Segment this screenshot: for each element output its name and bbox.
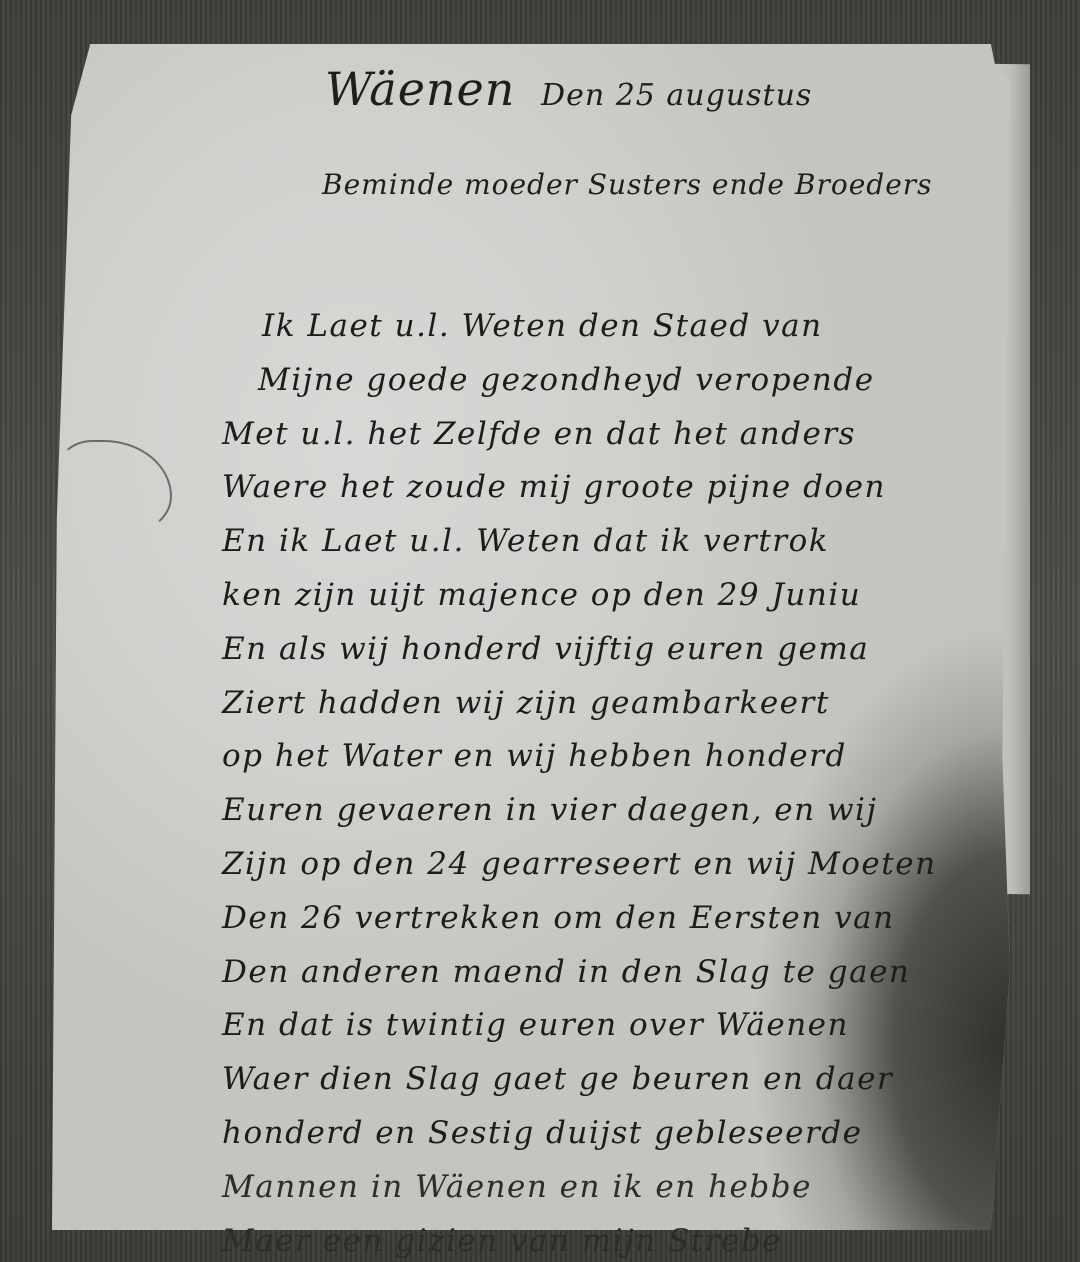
body-line: Waere het zoude mij groote pijne doen [222,461,992,515]
body-line: Ziert hadden wij zijn geambarkeert [222,677,992,731]
body-line: Den anderen maend in den Slag te gaen [222,946,992,1000]
body-line: ken zijn uijt majence op den 29 Juniu [222,569,992,623]
body-line: Waer dien Slag gaet ge beuren en daer [222,1053,992,1107]
body-line: En ik Laet u.l. Weten dat ik vertrok [222,515,992,569]
letter-body: Ik Laet u.l. Weten den Staed van Mijne g… [222,300,992,1262]
body-line: honderd en Sestig duijst gebleseerde [222,1107,992,1161]
body-line: Mannen in Wäenen en ik en hebbe [222,1161,992,1215]
heading-date: Den 25 augustus [541,78,812,113]
body-line: Mijne goede gezondheyd veropende [222,354,992,408]
body-line: En als wij honderd vijftig euren gema [222,623,992,677]
body-line: En dat is twintig euren over Wäenen [222,999,992,1053]
body-line: Met u.l. het Zelfde en dat het anders [222,408,992,462]
body-line: op het Water en wij hebben honderd [222,730,992,784]
body-line: Den 26 vertrekken om den Eersten van [222,892,992,946]
body-line: Euren gevaeren in vier daegen, en wij [222,784,992,838]
body-line: Ik Laet u.l. Weten den Staed van [222,300,992,354]
heading-place: Wäenen [325,62,515,116]
letter-heading: Wäenen Den 25 augustus [325,62,812,116]
body-line: Maer een gizien van mijn Strebe [222,1215,992,1262]
body-line: Zijn op den 24 gearreseert en wij Moeten [222,838,992,892]
letter-salutation: Beminde moeder Susters ende Broeders [322,168,933,201]
